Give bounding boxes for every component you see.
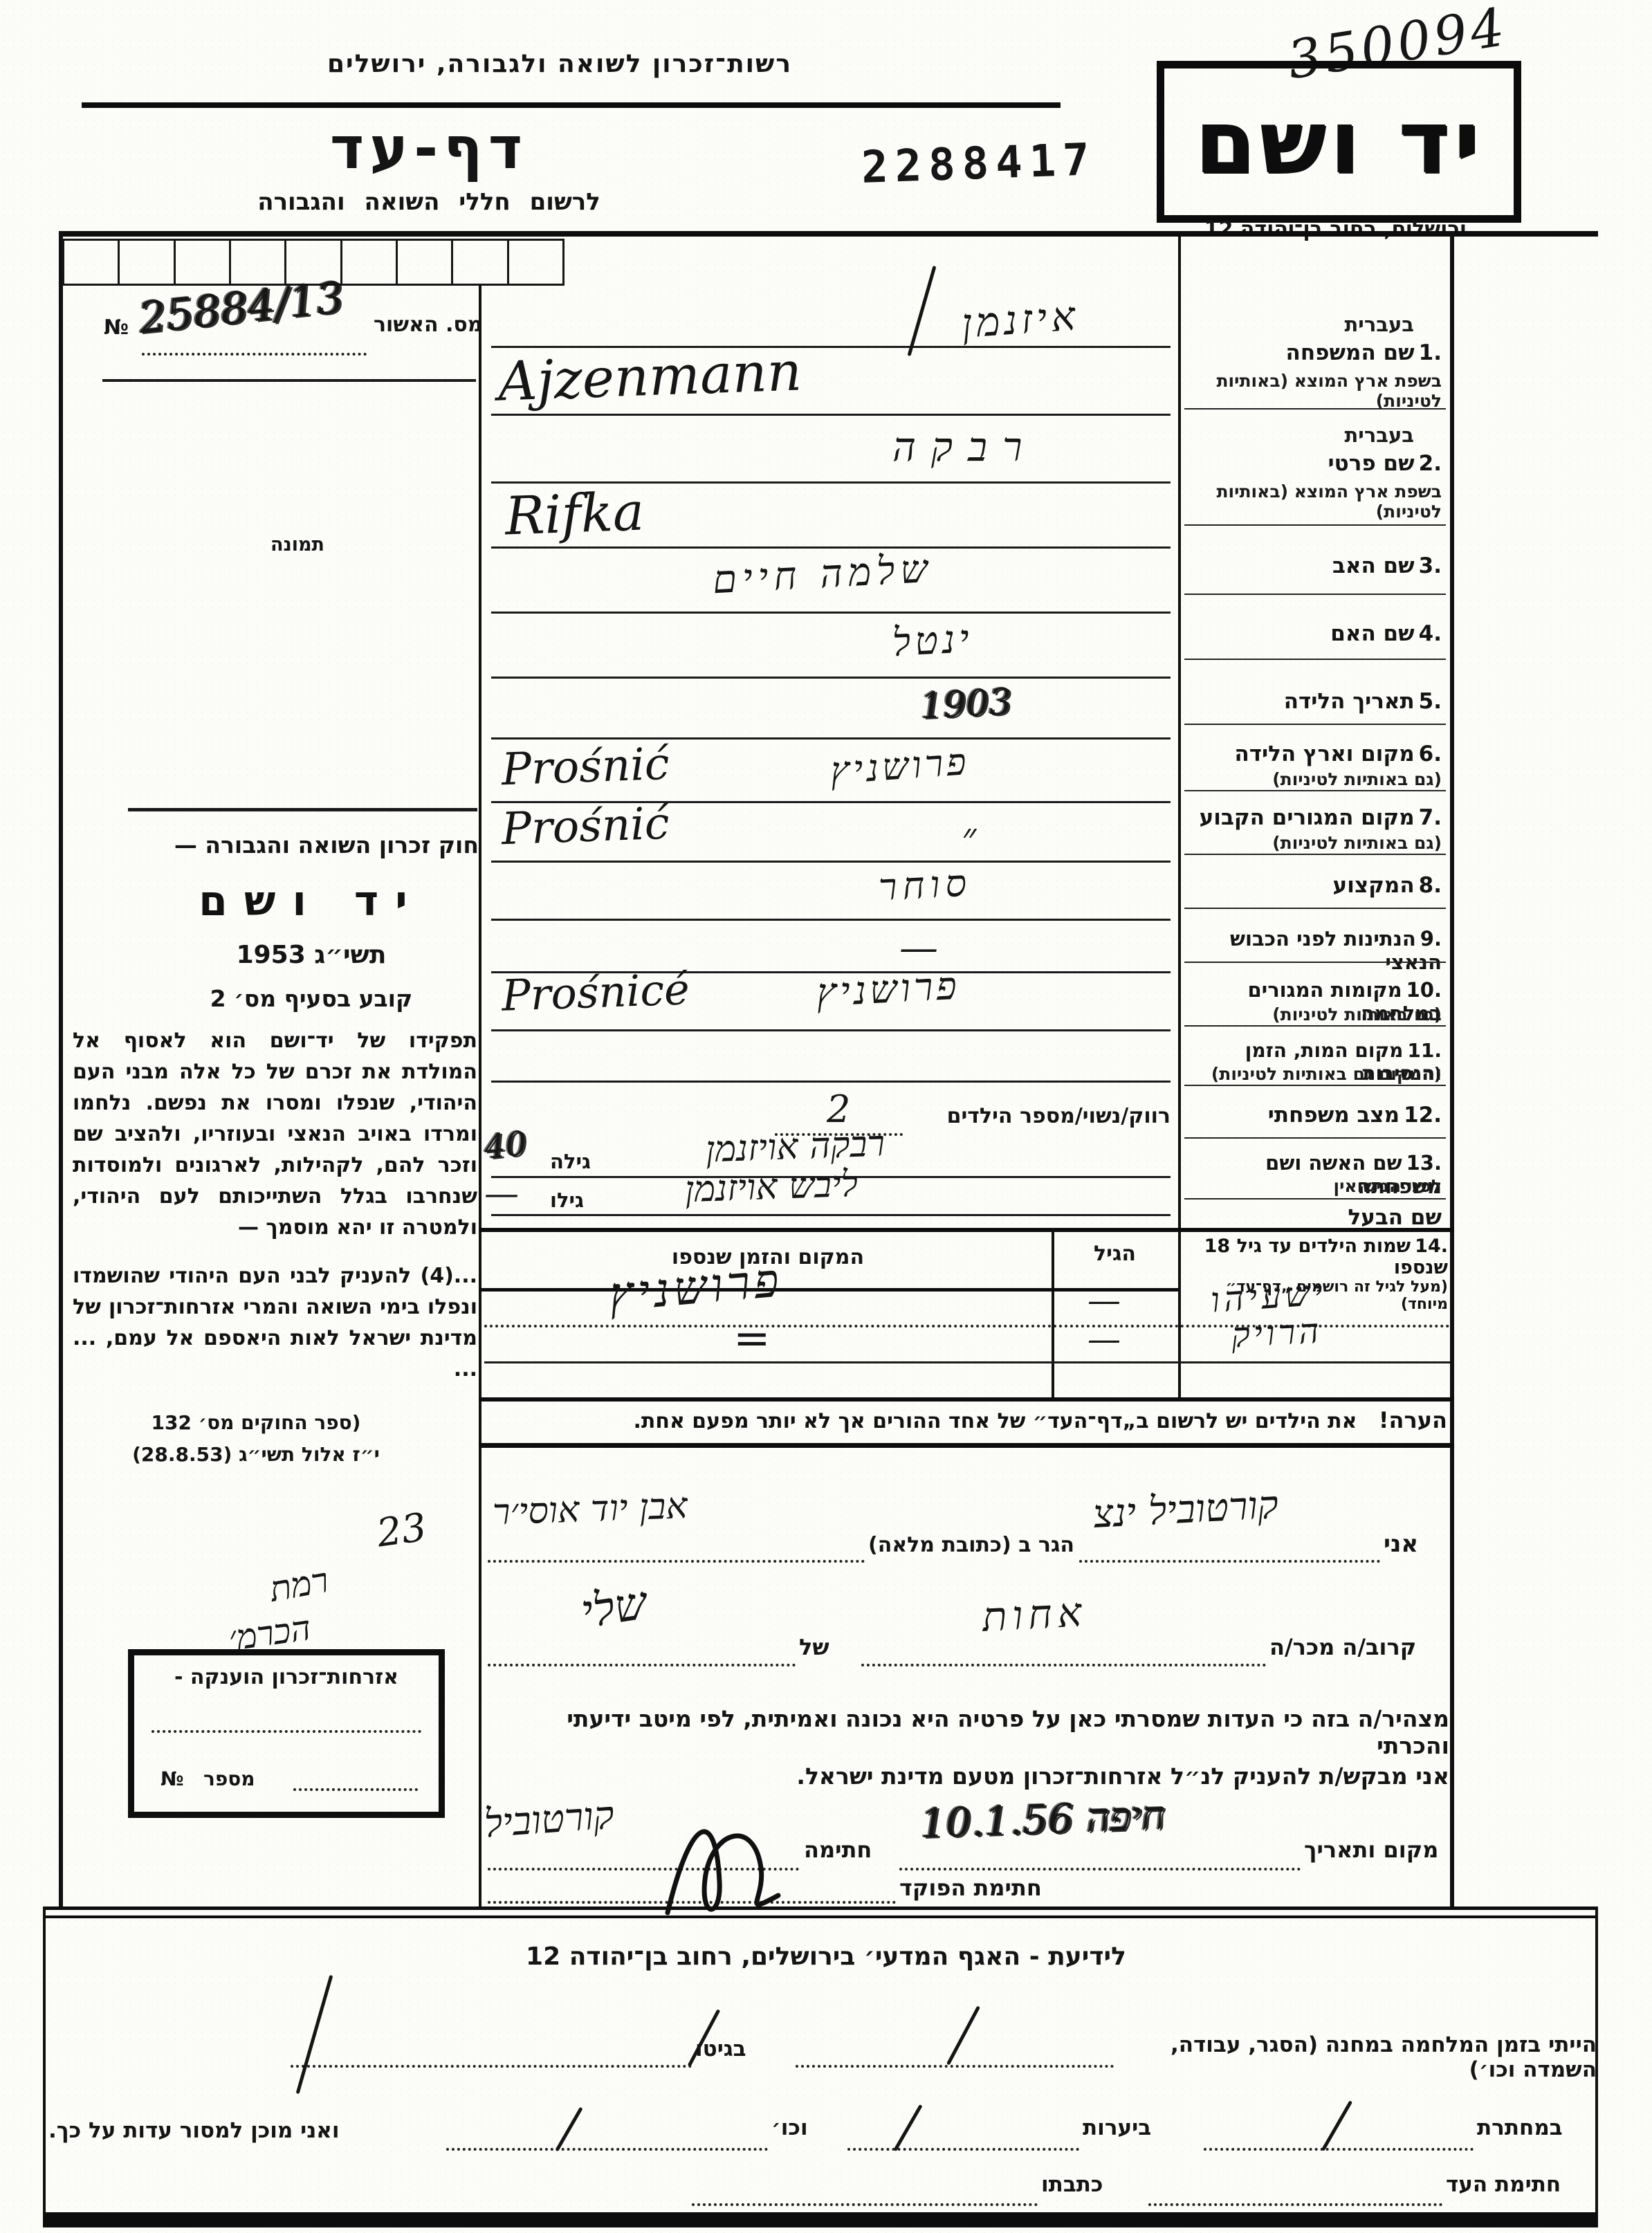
- field-7-number: 7.: [1419, 805, 1442, 830]
- field-2-sublabel: בשפת ארץ המוצא (באותיות לטיניות): [1184, 481, 1447, 522]
- label-separator: [1184, 854, 1446, 855]
- form-subtitle: לרשום חללי השואה והגבורה: [208, 188, 650, 216]
- husband-label: שם הבעל: [1184, 1205, 1447, 1230]
- note-label: הערה!: [1379, 1407, 1447, 1433]
- place-date-line: [899, 1868, 1301, 1871]
- declarant-name-handwritten: קורטוביל ינצ: [1092, 1482, 1279, 1537]
- form-left-border: [59, 231, 63, 1908]
- official-signature-label: חתימת הפוקד: [899, 1875, 1042, 1901]
- writing-line: [491, 546, 1171, 549]
- birth-date-handwritten: 1903: [919, 681, 1013, 728]
- citizenship-box: אזרחות־זכרון הוענקה - № מספר: [128, 1649, 445, 1818]
- label-separator: [1184, 962, 1446, 963]
- index-box: [229, 241, 284, 284]
- serial-stamp: 2288417: [861, 134, 1097, 194]
- citizenship-number-label: מספר: [203, 1767, 255, 1790]
- address-note-line1-handwritten: רמת: [267, 1560, 331, 1610]
- handwriting-slash: [1321, 2100, 1352, 2151]
- index-box: [174, 241, 229, 284]
- firstname-latin-handwritten: Rifka: [504, 481, 645, 547]
- father-name-handwritten: שלמה חיים: [712, 546, 935, 603]
- writing-line: [491, 414, 1171, 416]
- child-2-age-handwritten: —: [1087, 1320, 1121, 1359]
- label-separator: [1184, 790, 1446, 791]
- field-1-number: 1.: [1419, 340, 1442, 365]
- approval-dotted-line: [142, 353, 367, 356]
- field-2-pre: בעברית: [1184, 423, 1447, 447]
- field-6-label: 6.מקום וארץ הלידה: [1184, 742, 1447, 766]
- declaration-address-label: הגר ב (כתובת מלאה): [868, 1533, 1074, 1557]
- war-residence-hebrew-handwritten: פרושניץ: [815, 964, 961, 1016]
- label-separator: [1184, 1198, 1446, 1200]
- relation-label: קרוב/ה מכר/ה: [1269, 1634, 1416, 1660]
- label-separator: [1184, 908, 1446, 909]
- law-clause: קובע בסעיף מס׳ 2: [173, 985, 450, 1012]
- label-separator: [1184, 408, 1446, 410]
- field-1-pre: בעברית: [1184, 313, 1447, 336]
- field-10-sublabel: (גם באותיות לטיניות): [1184, 1004, 1447, 1024]
- wife-name-handwritten: רבקה אויזנמן: [705, 1123, 885, 1170]
- declaration-statement-1: מצהיר/ה בזה כי העדות שמסרתי כאן על פרטיה…: [488, 1705, 1449, 1759]
- handwriting-slash: [907, 266, 936, 356]
- law-year: תשי״ג 1953: [173, 941, 450, 969]
- index-box: [118, 241, 173, 284]
- field-12-number: 12.: [1404, 1103, 1442, 1128]
- note-text: את הילדים יש לרשום ב„דף־העד״ של אחד ההור…: [633, 1409, 1357, 1433]
- citizenship-number-sign: №: [160, 1767, 184, 1790]
- official-signature-scribble: [650, 1792, 802, 1923]
- writing-line: [491, 1081, 1171, 1083]
- forests-line: [847, 2148, 1079, 2151]
- index-box: [396, 241, 451, 284]
- index-box: [340, 241, 396, 284]
- camp-line-label: הייתי בזמן המלחמה במחנה (הסגר, עבודה, הש…: [1121, 2032, 1597, 2082]
- logo-address: ירושלים, רחוב בן־יהודה 12: [1135, 217, 1536, 241]
- children-age-header: הגיל: [1052, 1242, 1178, 1266]
- his-age-dash-handwritten: —: [484, 1173, 519, 1213]
- child-2-name-handwritten: הרויק: [1231, 1311, 1323, 1356]
- bottom-section-rule-1: [43, 1906, 1598, 1910]
- her-age-label: גילה: [550, 1150, 591, 1173]
- writing-line: [491, 677, 1171, 679]
- index-box: [451, 241, 506, 284]
- note-row-top-border: [479, 1397, 1454, 1402]
- approval-label: מס. האשור: [374, 313, 483, 337]
- writing-line: [491, 919, 1171, 921]
- marital-status-options: רווק/נשוי/מספר הילדים: [906, 1104, 1171, 1128]
- bottom-section-left-border: [43, 1906, 46, 2227]
- labels-column-divider: [1178, 237, 1181, 1397]
- declarant-address-handwritten: אבן יוד אוסי׳ר: [492, 1485, 688, 1534]
- children-table-top-border: [479, 1228, 1454, 1232]
- child-1-age-handwritten: —: [1087, 1281, 1121, 1320]
- field-9-label: 9.הנתינות לפני הכבוש הנאצי: [1184, 927, 1447, 974]
- field-1-label: 1.שם המשפחה: [1184, 340, 1447, 365]
- form-bottom-border: [479, 1443, 1454, 1448]
- label-separator: [1184, 1085, 1446, 1086]
- yad-vashem-logo: יד ושם: [1157, 61, 1521, 223]
- field-2-number: 2.: [1419, 451, 1442, 476]
- declaration-i-label: אני: [1384, 1530, 1418, 1558]
- form-top-border: [59, 231, 1598, 237]
- left-column-divider: [479, 284, 481, 1908]
- declarant-address-line: [488, 1560, 865, 1563]
- camp-line: [796, 2065, 1114, 2068]
- label-separator: [1184, 724, 1446, 725]
- writing-line: [491, 737, 1171, 739]
- residence-ditto-handwritten: ״: [962, 815, 976, 860]
- child-2-place-handwritten: =: [733, 1313, 771, 1364]
- children-row-separator: [484, 1361, 1450, 1363]
- place-date-handwritten: חיפה 10.1.56: [919, 1792, 1166, 1847]
- field-3-label: 3.שם האב: [1184, 553, 1447, 578]
- relation-line: [861, 1664, 1266, 1666]
- law-paragraph-2: ...(4) להעניק לבני העם היהודי שהושמדו ונ…: [73, 1260, 477, 1385]
- field-10-number: 10.: [1406, 978, 1442, 1002]
- field-8-number: 8.: [1419, 873, 1442, 898]
- mother-name-handwritten: ינטל: [891, 616, 974, 665]
- field-1-sublabel: בשפת ארץ המוצא (באותיות לטיניות): [1184, 371, 1447, 411]
- witness-signature-label: חתימת העד: [1446, 2172, 1561, 2197]
- law-heading: חוק זכרון השואה והגבורה —: [138, 831, 479, 858]
- address-note-number-handwritten: 23: [374, 1505, 430, 1556]
- his-age-label: גילו: [550, 1188, 584, 1212]
- field-13-sublabel: לפני הנישואין: [1184, 1176, 1447, 1196]
- field-5-label: 5.תאריך הלידה: [1184, 689, 1447, 714]
- ghetto-line: [291, 2065, 692, 2068]
- law-paragraph-1: תפקידו של יד־ושם הוא לאסוף אל המולדת את …: [73, 1025, 477, 1243]
- underground-label: במחתרת: [1477, 2115, 1563, 2140]
- of-handwritten: שלי: [577, 1576, 650, 1639]
- profession-handwritten: סוחר: [877, 861, 973, 910]
- war-residence-latin-handwritten: Prośnicé: [501, 964, 690, 1020]
- field-6-number: 6.: [1419, 742, 1442, 766]
- forests-label: ביערות: [1083, 2115, 1151, 2140]
- field-4-label: 4.שם האם: [1184, 621, 1447, 646]
- residence-latin-handwritten: Prośnić: [501, 798, 670, 855]
- place-date-label: מקום ותאריך: [1304, 1837, 1438, 1863]
- surname-hebrew-handwritten: איזנמן: [960, 292, 1081, 347]
- index-box: [64, 241, 118, 284]
- form-right-border: [1450, 231, 1454, 1908]
- bottom-section-rule-2: [43, 1915, 1598, 1918]
- label-separator: [1184, 1137, 1446, 1139]
- photo-label: תמונה: [249, 534, 346, 555]
- field-7-label: 7.מקום המגורים הקבוע: [1184, 805, 1447, 830]
- org-line: רשות־זכרון לשואה ולגבורה, ירושלים: [86, 50, 792, 78]
- law-reference-2: י״ז אלול תשי״ג (28.8.53): [111, 1443, 401, 1466]
- witness-address-label: כתבתו: [1041, 2172, 1103, 2197]
- etc-line: [446, 2148, 768, 2151]
- law-reference-1: (ספר החוקים מס׳ 132: [111, 1411, 401, 1434]
- declaration-statement-2: אני מבקש/ת להעניק לנ״ל אזרחות־זכרון מטעם…: [488, 1763, 1449, 1790]
- witness-address-line: [692, 2203, 1038, 2206]
- field-4-number: 4.: [1419, 621, 1442, 646]
- of-label: של: [799, 1634, 829, 1660]
- label-separator: [1184, 594, 1446, 595]
- handwriting-slash: [296, 1975, 333, 2094]
- writing-line: [491, 861, 1171, 863]
- approval-rule: [102, 379, 476, 382]
- citizenship-box-line: [152, 1730, 421, 1733]
- signature-label: חתימה: [804, 1837, 872, 1863]
- field-6-sublabel: (גם באותיות לטיניות): [1184, 769, 1447, 789]
- underground-line: [1204, 2148, 1474, 2151]
- logo-text: יד ושם: [1195, 91, 1484, 193]
- note-row: הערה! את הילדים יש לרשום ב„דף־העד״ של אח…: [484, 1407, 1457, 1433]
- writing-line: [491, 1029, 1171, 1031]
- handwriting-slash: [946, 2005, 980, 2065]
- citizenship-box-title: אזרחות־זכרון הוענקה -: [134, 1665, 439, 1689]
- field-14-number: 14.: [1415, 1235, 1448, 1257]
- label-separator: [1184, 524, 1446, 526]
- of-line: [488, 1664, 796, 1666]
- science-dept-heading: לידיעת - האגף המדעי׳ בירושלים, רחוב בן־י…: [277, 1942, 1375, 1971]
- label-separator: [1184, 659, 1446, 660]
- handwriting-slash: [893, 2104, 922, 2151]
- witness-signature-line: [1148, 2203, 1442, 2206]
- surname-latin-handwritten: Ajzenmann: [497, 340, 803, 413]
- bottom-black-bar: [43, 2212, 1598, 2227]
- index-box: [507, 241, 562, 284]
- field-8-label: 8.המקצוע: [1184, 873, 1447, 898]
- declarant-name-line: [1079, 1560, 1380, 1563]
- relation-handwritten: אחות: [981, 1588, 1088, 1641]
- husband-name-handwritten: ליבש אויזנמן: [684, 1164, 859, 1211]
- testimony-willing-label: ואני מוכן למסור עדות על כך.: [48, 2118, 340, 2143]
- law-name: יד ושם: [173, 877, 450, 926]
- etc-label: וכו׳: [771, 2115, 808, 2140]
- approval-number-sign: №: [104, 315, 129, 340]
- writing-line: [491, 612, 1171, 614]
- field-3-number: 3.: [1419, 553, 1442, 578]
- field-11-number: 11.: [1407, 1039, 1442, 1062]
- header-rule: [82, 102, 1061, 108]
- citizenship-dash-handwritten: —: [899, 926, 938, 971]
- handwriting-slash: [555, 2107, 582, 2152]
- label-separator: [1184, 1025, 1446, 1027]
- page-of-testimony-scan: רשות־זכרון לשואה ולגבורה, ירושלים דף-עד …: [0, 0, 1652, 2233]
- form-title: דף-עד: [291, 114, 567, 182]
- field-12-label: 12.מצב משפחתי: [1184, 1103, 1447, 1128]
- signature-handwritten: קורטוביל: [483, 1793, 616, 1847]
- law-top-rule: [128, 808, 477, 811]
- field-7-sublabel: (גם באותיות לטיניות): [1184, 833, 1447, 853]
- writing-line: [491, 1214, 1171, 1216]
- field-5-number: 5.: [1419, 689, 1442, 714]
- children-header-rule: [479, 1288, 1178, 1292]
- field-9-number: 9.: [1420, 927, 1442, 950]
- field-11-sublabel: (המקום גם באותיות לטיניות): [1184, 1064, 1447, 1084]
- field-2-label: 2.שם פרטי: [1184, 451, 1447, 476]
- field-13-number: 13.: [1406, 1151, 1442, 1175]
- firstname-hebrew-handwritten: רבקה: [892, 423, 1037, 470]
- birth-place-latin-handwritten: Prośnić: [501, 739, 670, 796]
- citizenship-number-line: [293, 1788, 418, 1791]
- her-age-handwritten: 40: [482, 1124, 529, 1167]
- birth-place-hebrew-handwritten: פרושניץ: [829, 739, 971, 793]
